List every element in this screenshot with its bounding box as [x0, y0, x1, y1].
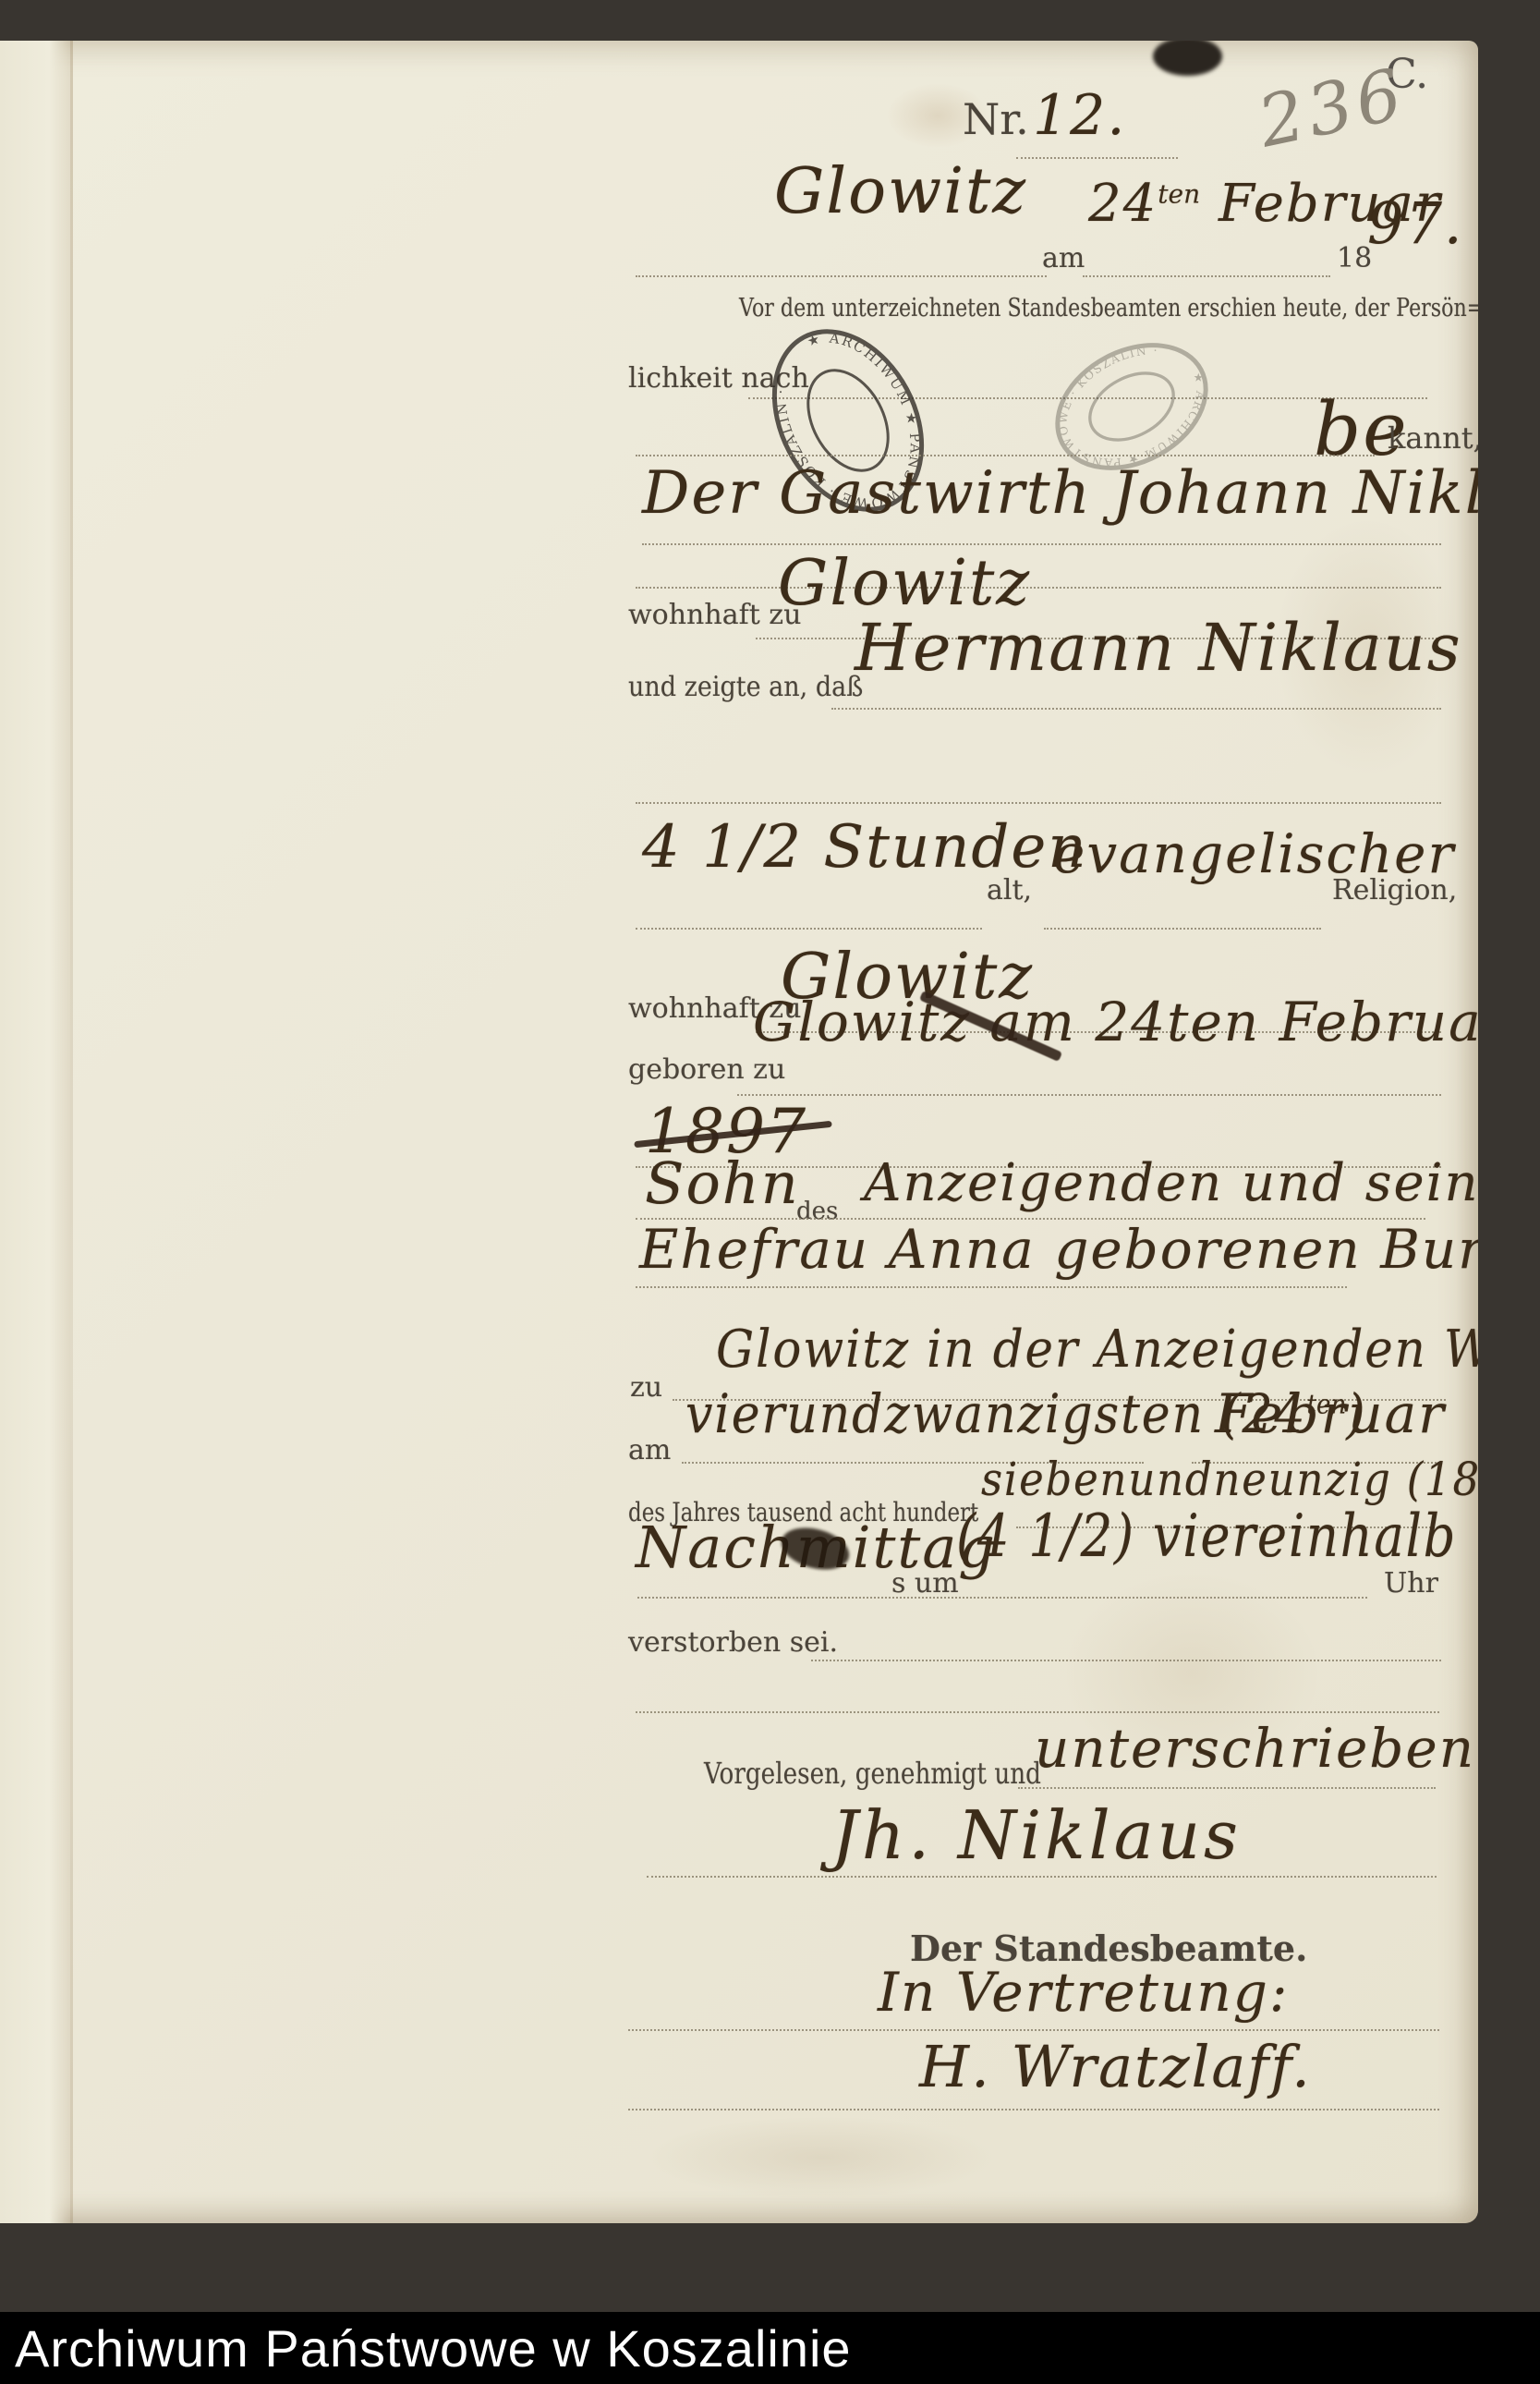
record-number-value: 12. — [1033, 83, 1126, 148]
dotted-rule — [1083, 275, 1330, 277]
dotted-rule — [1044, 928, 1321, 930]
bekannt-printed-part: kannt, — [1388, 420, 1478, 456]
dotted-rule — [628, 2029, 1439, 2031]
am-label: am — [1042, 242, 1085, 274]
dotted-rule — [636, 455, 1375, 456]
residence-label: wohnhaft zu — [628, 599, 801, 631]
religion-label: Religion, — [1332, 874, 1457, 906]
dotted-rule — [636, 1711, 1439, 1713]
page-gutter — [0, 41, 70, 2223]
record-place: Glowitz — [774, 155, 1027, 228]
dotted-rule — [637, 1597, 1367, 1599]
death-time-value: (4 1/2) viereinhalb — [956, 1502, 1457, 1571]
dotted-rule — [1018, 1787, 1436, 1789]
read-approved-text: Vorgelesen, genehmigt und — [704, 1756, 1041, 1791]
paper-stain — [647, 2116, 998, 2199]
dotted-rule — [831, 708, 1441, 710]
year-value: 97. — [1367, 189, 1464, 257]
alt-label: alt, — [987, 874, 1032, 906]
death-day-label: am — [628, 1434, 671, 1466]
dotted-rule — [636, 1286, 1347, 1288]
record-number-label: Nr. — [963, 94, 1029, 144]
deceased-statement-label: verstorben sei. — [628, 1626, 838, 1659]
dotted-rule — [628, 2109, 1439, 2110]
declarant-name: Der Gastwirth Johann Niklaus — [642, 459, 1478, 528]
record-date-suffix: ten — [1158, 178, 1200, 209]
pencil-page-number: 236 — [1251, 52, 1413, 163]
archive-caption-text: Archiwum Państwowe w Koszalinie — [15, 2318, 852, 2378]
dotted-rule — [636, 802, 1441, 804]
death-day-text: vierundzwanzigsten (24 — [685, 1382, 1306, 1445]
deceased-name: Hermann Niklaus — [855, 610, 1462, 686]
page-fold-crease — [70, 41, 73, 2223]
ink-smudge — [1153, 41, 1222, 76]
birth-place-and-date: Glowitz am 24ten Februar — [753, 991, 1478, 1053]
dotted-rule — [737, 1094, 1441, 1096]
death-year-value: siebenundneunzig (1897) — [981, 1453, 1478, 1506]
birth-date: 24ten Februar — [1095, 991, 1478, 1053]
death-place-label: zu — [630, 1371, 662, 1404]
announcement-label-text: und zeigte an, daß — [628, 671, 863, 703]
parents-line-2: Ehefrau Anna geborenen Burkard — [639, 1218, 1478, 1281]
dotted-rule — [636, 928, 982, 930]
deputy-note: In Vertretung: — [878, 1961, 1289, 2024]
declarant-signature: Jh. Niklaus — [831, 1796, 1242, 1874]
dotted-rule — [636, 275, 1047, 277]
register-page: C. 236 Nr. 12. Glowitz am 24ten Februar … — [0, 41, 1478, 2223]
scanned-death-record: C. 236 Nr. 12. Glowitz am 24ten Februar … — [0, 0, 1540, 2384]
uhr-label: Uhr — [1384, 1567, 1438, 1599]
registrar-signature: H. Wratzlaff. — [919, 2033, 1312, 2100]
dotted-rule — [1016, 157, 1178, 159]
announcement-label: und zeigte an, daß — [628, 671, 890, 703]
born-label: geboren zu — [628, 1053, 785, 1086]
death-month: Februar — [1215, 1382, 1446, 1445]
son-of-hand: Sohn — [645, 1149, 800, 1217]
archive-caption-bar: Archiwum Państwowe w Koszalinie — [0, 2312, 1540, 2384]
dotted-rule — [647, 1876, 1437, 1878]
age-value: 4 1/2 Stunden — [642, 813, 1087, 882]
death-time-suffix-label: s um — [891, 1567, 959, 1599]
dotted-rule — [811, 1660, 1441, 1661]
signed-hand: unterschrieben. — [1035, 1717, 1478, 1780]
record-date-day: 24 — [1088, 174, 1158, 234]
dotted-rule — [636, 587, 1441, 589]
dotted-rule — [642, 543, 1441, 545]
death-place-value: Glowitz in der Anzeigenden Wohnung — [716, 1320, 1478, 1380]
parents-line-1: Anzeigenden und seiner — [864, 1153, 1478, 1213]
